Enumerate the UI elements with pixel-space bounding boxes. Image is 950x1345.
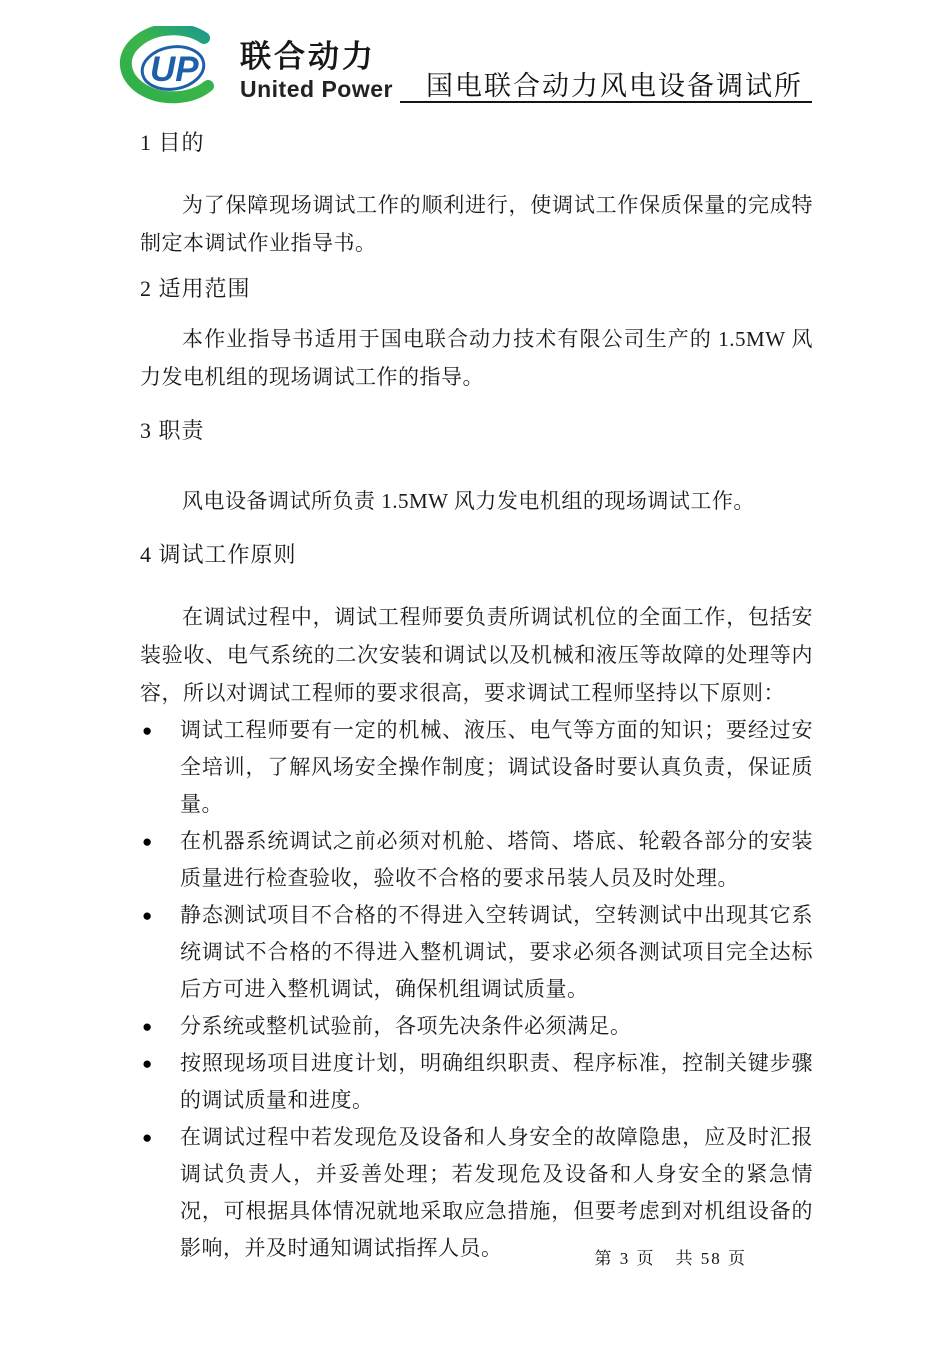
page-number: 第 3 页 <box>595 1249 656 1268</box>
section-paragraph: 本作业指导书适用于国电联合动力技术有限公司生产的 1.5MW 风力发电机组的现场… <box>140 320 813 396</box>
section-heading: 4 调试工作原则 <box>140 540 813 570</box>
logo-monogram: UP <box>150 50 199 89</box>
principle-item: 在机器系统调试之前必须对机舱、塔筒、塔底、轮毂各部分的安装质量进行检查验收，验收… <box>140 823 813 897</box>
document-body: 1 目的 为了保障现场调试工作的顺利进行，使调试工作保质保量的完成特制定本调试作… <box>140 128 813 1267</box>
document-page: UP 联合动力 United Power 国电联合动力风电设备调试所 1 目的 … <box>0 0 950 1345</box>
section-heading: 2 适用范围 <box>140 274 813 304</box>
total-pages: 共 58 页 <box>676 1249 748 1268</box>
section-paragraph: 在调试过程中，调试工程师要负责所调试机位的全面工作，包括安装验收、电气系统的二次… <box>140 598 813 712</box>
section-scope: 2 适用范围 本作业指导书适用于国电联合动力技术有限公司生产的 1.5MW 风力… <box>140 274 813 396</box>
page-footer: 第 3 页共 58 页 <box>595 1244 748 1269</box>
united-power-logo: UP <box>116 26 228 117</box>
brand-name-cn: 联合动力 <box>240 40 393 74</box>
section-principles: 4 调试工作原则 在调试过程中，调试工程师要负责所调试机位的全面工作，包括安装验… <box>140 540 813 1267</box>
section-paragraph: 为了保障现场调试工作的顺利进行，使调试工作保质保量的完成特制定本调试作业指导书。 <box>140 186 813 262</box>
header-rule <box>400 101 812 103</box>
principle-item: 分系统或整机试验前，各项先决条件必须满足。 <box>140 1008 813 1045</box>
principles-list: 调试工程师要有一定的机械、液压、电气等方面的知识；要经过安全培训，了解风场安全操… <box>140 712 813 1267</box>
section-heading: 3 职责 <box>140 416 813 446</box>
principle-item: 静态测试项目不合格的不得进入空转调试，空转测试中出现其它系统调试不合格的不得进入… <box>140 897 813 1008</box>
brand-name-en: United Power <box>240 76 393 102</box>
section-responsibility: 3 职责 风电设备调试所负责 1.5MW 风力发电机组的现场调试工作。 <box>140 416 813 520</box>
principle-item: 按照现场项目进度计划，明确组织职责、程序标准，控制关键步骤的调试质量和进度。 <box>140 1045 813 1119</box>
section-purpose: 1 目的 为了保障现场调试工作的顺利进行，使调试工作保质保量的完成特制定本调试作… <box>140 128 813 262</box>
up-logo-icon: UP <box>116 26 228 112</box>
principle-item: 调试工程师要有一定的机械、液压、电气等方面的知识；要经过安全培训，了解风场安全操… <box>140 712 813 823</box>
section-paragraph: 风电设备调试所负责 1.5MW 风力发电机组的现场调试工作。 <box>140 482 813 520</box>
section-heading: 1 目的 <box>140 128 813 158</box>
header-title: 国电联合动力风电设备调试所 <box>426 64 803 103</box>
brand-block: 联合动力 United Power <box>240 40 393 102</box>
